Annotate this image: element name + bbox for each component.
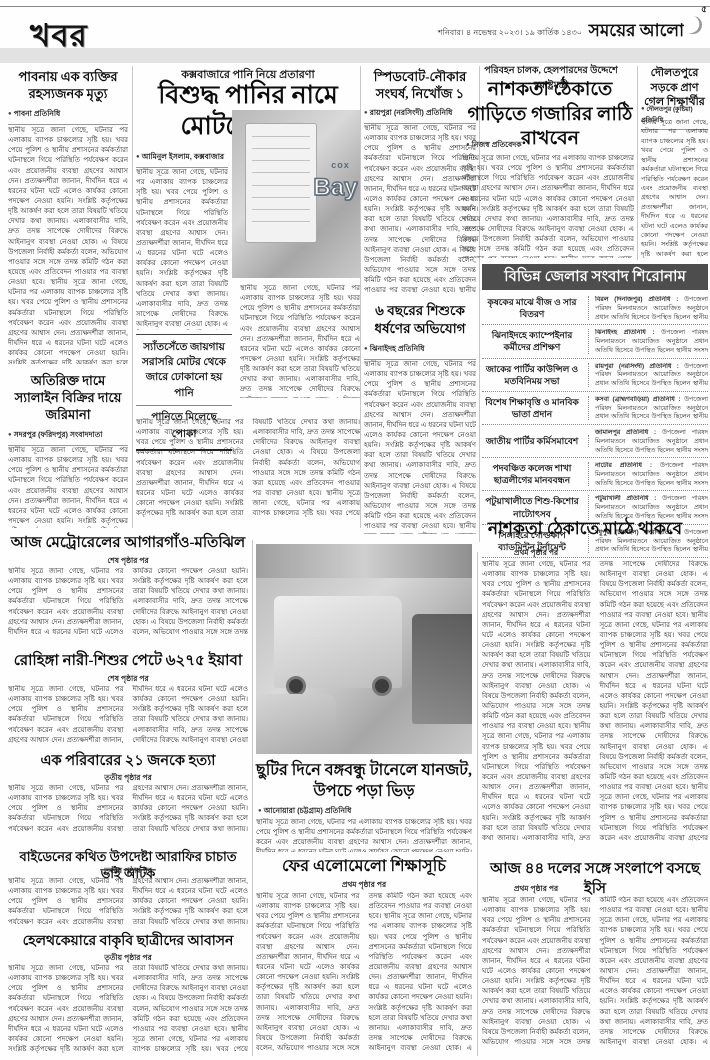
article-headline-saline[interactable]: অতিরিক্ত দামে স্যালাইন বিক্রির দায়ে জরি…	[8, 372, 128, 423]
article-body: স্থানীয় সূত্রে জানা গেছে, ঘটনার পর এলাক…	[256, 892, 472, 1056]
article-headline-family21[interactable]: এক পরিবারের ২১ জনকে হত্যা	[8, 752, 248, 771]
article-body: স্থানীয় সূত্রে জানা গেছে, ঘটনার পর এলাক…	[364, 360, 476, 534]
article-body: স্থানীয় সূত্রে জানা গেছে, ঘটনার পর এলাক…	[8, 685, 248, 747]
brief-body: কসবা (ব্রাহ্মণবাড়িয়া) প্রতিনিধি : উপজে…	[589, 396, 708, 420]
article-body: স্থানীয় সূত্রে জানা গেছে, ঘটনার পর এলাক…	[136, 418, 360, 528]
article-headline-tunnel[interactable]: ছুটির দিনে বঙ্গবন্ধু টানেলে যানজট, উপচে …	[256, 760, 472, 802]
article-headline-shishu[interactable]: ৬ বছরের শিশুকে ধর্ষণের অভিযোগ	[364, 302, 476, 338]
article-headline-shikkha[interactable]: ফের এলোমেলো শিক্ষাসূচি	[256, 856, 472, 877]
article-body: স্থানীয় সূত্রে জানা গেছে, ঘটনার পর এলাক…	[482, 896, 708, 1056]
article-body: স্থানীয় সূত্রে জানা গেছে, ঘটনার পর এলাক…	[8, 784, 248, 844]
brief-item[interactable]: কৃষকের মাঝে বীজ ও সার বিতরণ বিরল (দিনাজপ…	[482, 292, 708, 325]
article-headline-pabna[interactable]: পাবনায় এক ব্যক্তির রহস্যজনক মৃত্যু	[8, 68, 128, 102]
column-rule	[360, 66, 361, 528]
briefs-banner: বিভিন্ন জেলার সংবাদ শিরোনাম	[482, 264, 708, 290]
brief-headline[interactable]: পদবঞ্চিত কলেজ শাখা ছাত্রলীগের মানববন্ধন	[482, 462, 589, 486]
article-body: স্থানীয় সূত্রে জানা গেছে, ঘটনার পর এলাক…	[8, 567, 248, 647]
article-body: স্থানীয় সূত্রে জানা গেছে, ঘটনার পর এলাক…	[136, 168, 228, 330]
article-body: স্থানীয় সূত্রে জানা গেছে, ঘটনার পর এলাক…	[8, 964, 248, 1056]
pull-quote-line1: স্যাঁতসেঁতে জায়গায় সরাসরি মোটর থেকে জা…	[136, 335, 232, 406]
car-shape	[256, 694, 336, 754]
article-body: স্থানীয় সূত্রে জানা গেছে, ঘটনার পর এলাক…	[641, 118, 708, 258]
jar-label	[245, 123, 317, 243]
header-band	[0, 48, 710, 63]
brief-headline[interactable]: জাতীয় পার্টির কর্মিসমাবেশ	[482, 435, 589, 447]
brief-body: ঝিনাইদহ প্রতিনিধি : উপজেলা পরিষদ মিলনায়…	[589, 329, 708, 353]
brief-body: নাটোর প্রতিনিধি : উপজেলা পরিষদ মিলনায়তন…	[589, 462, 708, 486]
article-body: স্থানীয় সূত্রে জানা গেছে, ঘটনার পর এলাক…	[8, 877, 248, 929]
article-body: স্থানীয় সূত্রে জানা গেছে, ঘটনার পর এলাক…	[8, 126, 128, 364]
brief-body: বিরল (দিনাজপুর) প্রতিনিধি : উপজেলা পরিষদ…	[589, 296, 708, 320]
article-body: স্থানীয় সূত্রে জানা গেছে, ঘটনার পর এলাক…	[364, 124, 476, 296]
paper-name: সময়ের আলো	[589, 18, 684, 46]
page-number: ৫	[701, 2, 707, 17]
byline-pabna: ● পাবনা প্রতিনিধি	[8, 109, 128, 125]
date-line: শনিবার। ৪ নভেম্বর ২০২৩। ১৯ কার্তিক ১৪৩০	[438, 27, 582, 40]
brief-headline[interactable]: পটুয়াখালীতে শিশু-কিশোর নাট্যোৎসব	[482, 495, 589, 519]
byline-shishu: ● ঝিনাইদহ প্রতিনিধি	[364, 344, 476, 360]
photo-logo-big: Bay	[313, 174, 357, 202]
article-headline-healthcare[interactable]: হেলথকেয়ারে বাকৃবি ছাত্রীদের আবাসন	[8, 933, 248, 951]
tunnel-traffic-photo[interactable]	[256, 544, 472, 754]
car-wheel	[286, 676, 306, 696]
byline-ec: প্রথম পৃষ্ঠার পর	[482, 884, 590, 896]
brief-item[interactable]: জাতীয় পার্টির কর্মিসমাবেশ জামালপুর প্রত…	[482, 425, 708, 458]
brief-item[interactable]: জাকের পার্টির কাউন্সিল ও মতবিনিময় সভা র…	[482, 359, 708, 392]
car-wheel	[372, 676, 392, 696]
article-body: স্থানীয় সূত্রে জানা গেছে, ঘটনার পর এলাক…	[256, 818, 472, 852]
brief-body: রায়পুরা (নরসিংদী) প্রতিনিধি : উপজেলা পর…	[589, 363, 708, 387]
brief-headline[interactable]: জাকের পার্টির কাউন্সিল ও মতবিনিময় সভা	[482, 363, 589, 387]
car-shape	[274, 596, 402, 688]
byline-tunnel: ● আনোয়ারা (চট্টগ্রাম) প্রতিনিধি	[258, 806, 472, 818]
article-body: স্থানীয় সূত্রে জানা গেছে, ঘটনার পর এলাক…	[8, 446, 128, 528]
top-rule	[0, 6, 710, 7]
crescent-logo-icon	[684, 16, 702, 34]
article-headline-doulatpur[interactable]: দৌলতপুরে সড়কে প্রাণ গেল শিক্ষার্থীর	[641, 66, 708, 110]
article-headline-yaba[interactable]: রোহিঙ্গা নারী-শিশুর পেটে ৬২৭৫ ইয়াবা	[8, 652, 248, 672]
brief-headline[interactable]: কৃষকের মাঝে বীজ ও সার বিতরণ	[482, 296, 589, 320]
brief-item[interactable]: ঝিনাইদহে ক্যাম্পেইনার কর্মীদের প্রশিক্ষণ…	[482, 325, 708, 358]
column-rule	[252, 540, 253, 1056]
brief-headline[interactable]: বিশেষ শিক্ষাবৃত্তি ও মানবিক ভাতা প্রদান	[482, 396, 589, 420]
photo-inset	[256, 544, 472, 578]
byline-nashokota: ● নিজস্ব প্রতিবেদক	[466, 140, 636, 152]
brief-item[interactable]: বিশেষ শিক্ষাবৃত্তি ও মানবিক ভাতা প্রদান …	[482, 392, 708, 425]
article-headline-metro[interactable]: আজ মেট্রোরেলের আগারগাঁও-মতিঝিল	[8, 534, 248, 554]
brief-body: পটুয়াখালী প্রতিনিধি : উপজেলা পরিষদ মিলন…	[589, 495, 708, 519]
newspaper-page: খবর শনিবার। ৪ নভেম্বর ২০২৩। ১৯ কার্তিক ১…	[0, 0, 710, 1060]
byline-nashokota-mathe: প্রথম পৃষ্ঠার পর	[482, 548, 590, 560]
photo-logo-small: cox	[331, 160, 350, 170]
byline-speedboat: ● রায়পুরা (নরসিংদী) প্রতিনিধি	[364, 108, 476, 124]
article-body: স্থানীয় সূত্রে জানা গেছে, ঘটনার পর এলাক…	[240, 284, 360, 398]
byline-shikkha: প্রথম পৃষ্ঠার পর	[256, 880, 472, 892]
article-body: স্থানীয় সূত্রে জানা গেছে, ঘটনার পর এলাক…	[482, 560, 708, 854]
byline-lead: ● আমিনুল ইসলাম, কক্সবাজার	[136, 152, 228, 168]
article-headline-speedboat[interactable]: স্পিডবোট-নৌকার সংঘর্ষ, নিখোঁজ ১	[364, 68, 476, 102]
column-rule	[132, 66, 133, 528]
column-rule	[477, 552, 478, 1056]
water-jar-label-photo[interactable]: cox Bay	[232, 110, 360, 278]
brief-headline[interactable]: ঝিনাইদহে ক্যাম্পেইনার কর্মীদের প্রশিক্ষণ	[482, 329, 589, 353]
brief-body: জামালপুর প্রতিনিধি : উপজেলা পরিষদ মিলনায…	[589, 429, 708, 453]
car-shape	[412, 614, 472, 724]
article-headline-nashokota-mathe[interactable]: নাশকতা ঠেকাতে মাঠে থাকবে	[462, 518, 708, 540]
article-body: স্থানীয় সূত্রে জানা গেছে, ঘটনার পর এলাক…	[462, 154, 634, 258]
brief-item[interactable]: পদবঞ্চিত কলেজ শাখা ছাত্রলীগের মানববন্ধন …	[482, 458, 708, 491]
byline-saline: ● সদরপুর (ফরিদপুর) সংবাদদাতা	[8, 430, 128, 446]
